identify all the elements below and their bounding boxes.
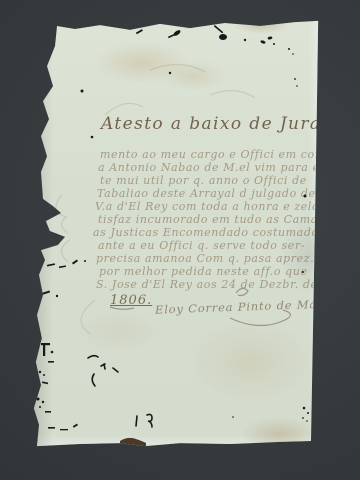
handwritten-line: Tabaliao deste Arrayal d julgado desta <box>97 188 334 199</box>
photo-background: Atesto a baixo de Jura mento ao meu carg… <box>0 0 360 480</box>
handwritten-line: S. Jose d'El Rey aos 24 de Dezbr. de <box>96 279 318 290</box>
heading-line: Atesto a baixo de Jura <box>101 116 321 133</box>
handwritten-line: as Justicas Encomendado costumado de- <box>93 227 342 238</box>
year-line: 1806. <box>110 294 152 307</box>
handwritten-line: te mui util por q. anno o Offici de <box>100 175 307 186</box>
handwritten-line: a Antonio Nabao de M.el vim para es- <box>98 162 330 173</box>
handwritten-line: por melhor pedida neste aff.o que <box>99 266 308 277</box>
signature-line: Eloy Correa Pinto de Magalhaes <box>155 297 360 316</box>
bottom-edge-chip <box>120 438 146 447</box>
handwritten-line: mento ao meu cargo e Offici em como <box>100 149 333 160</box>
manuscript-paper: Atesto a baixo de Jura mento ao meu carg… <box>33 20 319 447</box>
handwritten-line: V.a d'El Rey com toda a honra e zelo sa- <box>95 201 341 212</box>
handwritten-line: tisfaz incumorado em tudo as Camar q. <box>98 214 340 225</box>
mold-squiggles <box>88 356 152 427</box>
handwritten-line: precisa amanoa Com q. pasa aprez. <box>96 253 314 264</box>
handwritten-line: ante a eu Offici q. serve todo ser- <box>98 240 305 251</box>
